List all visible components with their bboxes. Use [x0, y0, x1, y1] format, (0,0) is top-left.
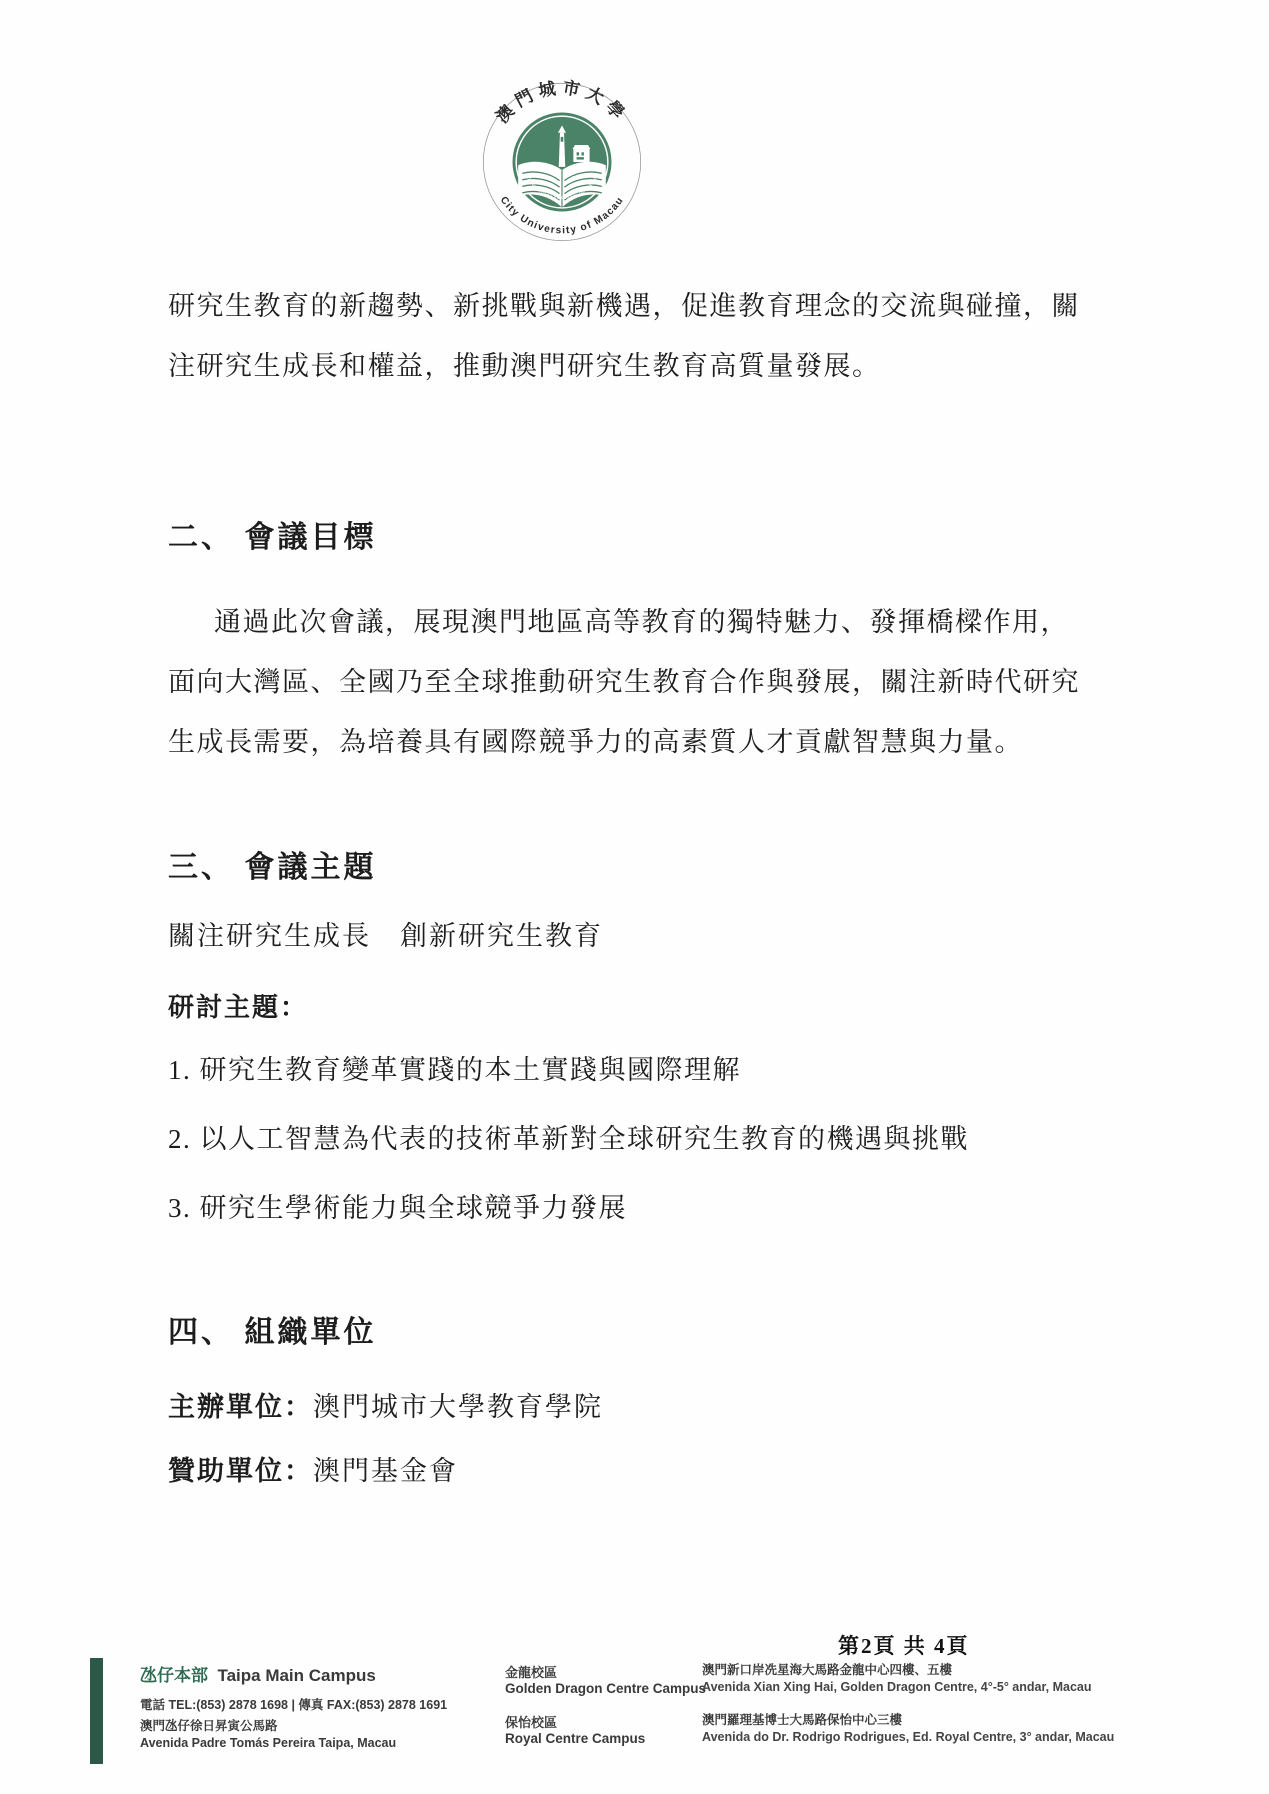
main-campus-name-en: Taipa Main Campus [217, 1666, 375, 1685]
goals-line: 生成長需要，為培養具有國際競爭力的高素質人才貢獻智慧與力量。 [168, 712, 1028, 772]
main-campus-title: 氹仔本部 Taipa Main Campus [140, 1661, 376, 1686]
main-campus-phone: 電話 TEL:(853) 2878 1698 | 傳真 FAX:(853) 28… [140, 1695, 447, 1713]
sponsor-unit-line: 贊助單位：澳門基金會 [168, 1449, 1028, 1488]
golden-dragon-address-en: Avenida Xian Xing Hai, Golden Dragon Cen… [702, 1680, 1091, 1694]
royal-centre-name-zh: 保怡校區 [505, 1712, 557, 1731]
footer-accent-bar [90, 1658, 103, 1764]
page-number: 第2頁 共 4頁 [838, 1630, 970, 1660]
golden-dragon-name-en: Golden Dragon Centre Campus [505, 1681, 706, 1696]
goals-line: 通過此次會議，展現澳門地區高等教育的獨特魅力、發揮橋樑作用， [168, 592, 1028, 652]
host-unit-value: 澳門城市大學教育學院 [313, 1392, 603, 1422]
topic-item-2: 2. 以人工智慧為代表的技術革新對全球研究生教育的機遇與挑戰 [168, 1117, 1028, 1156]
royal-centre-name-en: Royal Centre Campus [505, 1731, 645, 1746]
golden-dragon-address-zh: 澳門新口岸冼星海大馬路金龍中心四樓、五樓 [702, 1660, 952, 1678]
host-unit-line: 主辦單位：澳門城市大學教育學院 [168, 1385, 1028, 1424]
section-heading-organizers: 四、 組織單位 [168, 1307, 1028, 1351]
sponsor-unit-label: 贊助單位： [168, 1456, 313, 1486]
topic-item-3: 3. 研究生學術能力與全球競爭力發展 [168, 1186, 1028, 1225]
intro-line: 研究生教育的新趨勢、新挑戰與新機遇，促進教育理念的交流與碰撞，關 [168, 276, 1028, 336]
main-campus-address-en: Avenida Padre Tomás Pereira Taipa, Macau [140, 1736, 396, 1750]
royal-centre-address-en: Avenida do Dr. Rodrigo Rodrigues, Ed. Ro… [702, 1730, 1114, 1744]
intro-line: 注研究生成長和權益，推動澳門研究生教育高質量發展。 [168, 336, 1028, 396]
golden-dragon-name-zh: 金龍校區 [505, 1662, 557, 1681]
main-campus-address-zh: 澳門氹仔徐日昇寅公馬路 [140, 1716, 278, 1734]
main-campus-name-zh: 氹仔本部 [140, 1666, 208, 1685]
host-unit-label: 主辦單位： [168, 1392, 313, 1422]
goals-paragraph: 通過此次會議，展現澳門地區高等教育的獨特魅力、發揮橋樑作用， 面向大灣區、全國乃… [168, 592, 1028, 772]
document-page: Universidade da Cidade de Macau 澳門城市大學 C… [0, 0, 1269, 1794]
topic-item-1: 1. 研究生教育變革實踐的本土實踐與國際理解 [168, 1048, 1028, 1087]
university-logo: Universidade da Cidade de Macau 澳門城市大學 C… [478, 76, 646, 248]
university-seal-icon: Universidade da Cidade de Macau 澳門城市大學 C… [478, 76, 646, 248]
conference-theme: 關注研究生成長 創新研究生教育 [168, 914, 1028, 953]
royal-centre-address-zh: 澳門羅理基博士大馬路保怡中心三樓 [702, 1710, 902, 1728]
discussion-topics-label: 研討主題： [168, 987, 1028, 1024]
goals-line: 面向大灣區、全國乃至全球推動研究生教育合作與發展，關注新時代研究 [168, 652, 1028, 712]
building-icon [573, 145, 591, 162]
section-heading-goals: 二、 會議目標 [168, 512, 1028, 556]
section-heading-themes: 三、 會議主題 [168, 842, 1028, 886]
intro-paragraph: 研究生教育的新趨勢、新挑戰與新機遇，促進教育理念的交流與碰撞，關 注研究生成長和… [168, 276, 1028, 396]
sponsor-unit-value: 澳門基金會 [313, 1456, 458, 1486]
